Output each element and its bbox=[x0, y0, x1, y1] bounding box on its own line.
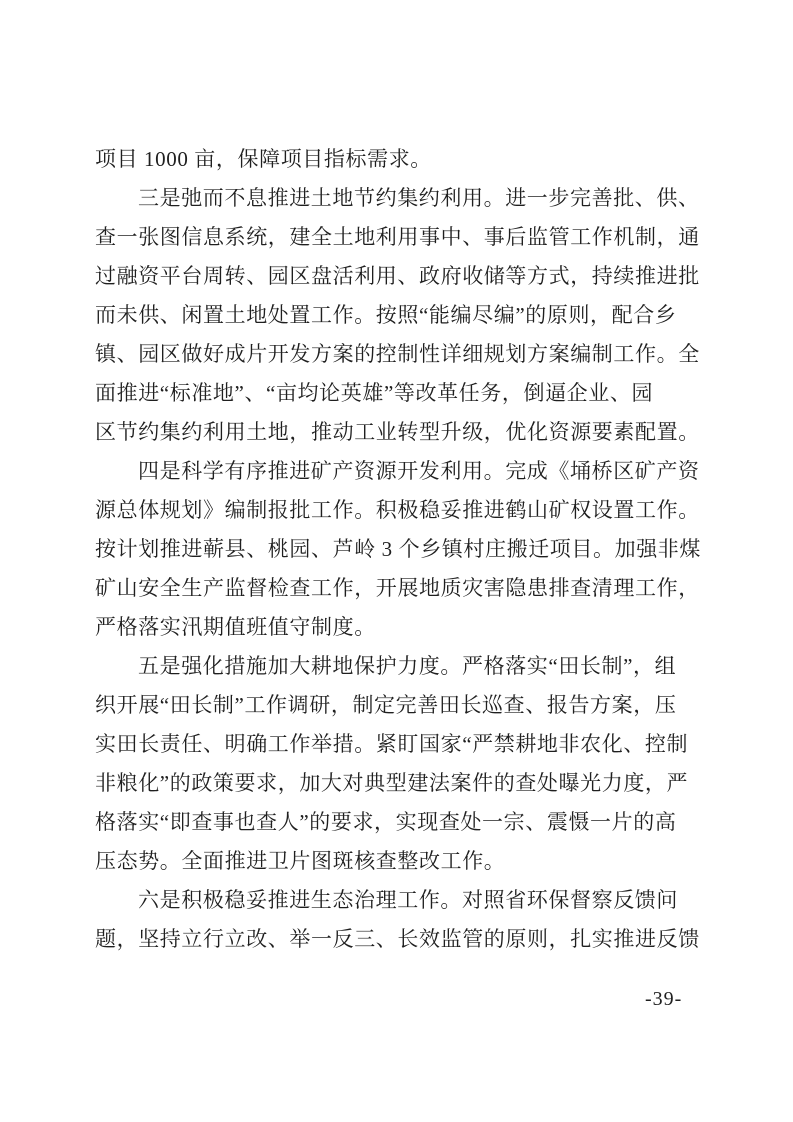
text-line: 矿山安全生产监督检查工作，开展地质灾害隐患排查清理工作， bbox=[95, 569, 707, 608]
text-line: 四是科学有序推进矿产资源开发利用。完成《埇桥区矿产资 bbox=[95, 452, 707, 491]
text-line: 源总体规划》编制报批工作。积极稳妥推进鹤山矿权设置工作。 bbox=[95, 491, 707, 530]
text-line: 项目 1000 亩，保障项目指标需求。 bbox=[95, 140, 707, 179]
text-line: 压态势。全面推进卫片图斑核查整改工作。 bbox=[95, 842, 707, 881]
text-line: 格落实“即查事也查人”的要求，实现查处一宗、震慑一片的高 bbox=[95, 803, 707, 842]
text-line: 严格落实汛期值班值守制度。 bbox=[95, 608, 707, 647]
text-line: 三是弛而不息推进土地节约集约利用。进一步完善批、供、 bbox=[95, 179, 707, 218]
text-line: 五是强化措施加大耕地保护力度。严格落实“田长制”，组 bbox=[95, 647, 707, 686]
text-line: 面推进“标准地”、“亩均论英雄”等改革任务，倒逼企业、园 bbox=[95, 374, 707, 413]
body-text: 项目 1000 亩，保障项目指标需求。三是弛而不息推进土地节约集约利用。进一步完… bbox=[95, 140, 707, 959]
text-line: 查一张图信息系统，建全土地利用事中、事后监管工作机制，通 bbox=[95, 218, 707, 257]
text-line: 实田长责任、明确工作举措。紧盯国家“严禁耕地非农化、控制 bbox=[95, 725, 707, 764]
text-line: 题，坚持立行立改、举一反三、长效监管的原则，扎实推进反馈 bbox=[95, 920, 707, 959]
text-line: 而未供、闲置土地处置工作。按照“能编尽编”的原则，配合乡 bbox=[95, 296, 707, 335]
text-line: 区节约集约利用土地，推动工业转型升级，优化资源要素配置。 bbox=[95, 413, 707, 452]
text-line: 织开展“田长制”工作调研，制定完善田长巡查、报告方案，压 bbox=[95, 686, 707, 725]
page-number: -39- bbox=[645, 988, 682, 1011]
text-line: 过融资平台周转、园区盘活利用、政府收储等方式，持续推进批 bbox=[95, 257, 707, 296]
text-line: 非粮化”的政策要求，加大对典型建法案件的查处曝光力度，严 bbox=[95, 764, 707, 803]
text-line: 镇、园区做好成片开发方案的控制性详细规划方案编制工作。全 bbox=[95, 335, 707, 374]
text-line: 按计划推进蕲县、桃园、芦岭 3 个乡镇村庄搬迁项目。加强非煤 bbox=[95, 530, 707, 569]
text-line: 六是积极稳妥推进生态治理工作。对照省环保督察反馈问 bbox=[95, 881, 707, 920]
document-page: 项目 1000 亩，保障项目指标需求。三是弛而不息推进土地节约集约利用。进一步完… bbox=[0, 0, 793, 1122]
